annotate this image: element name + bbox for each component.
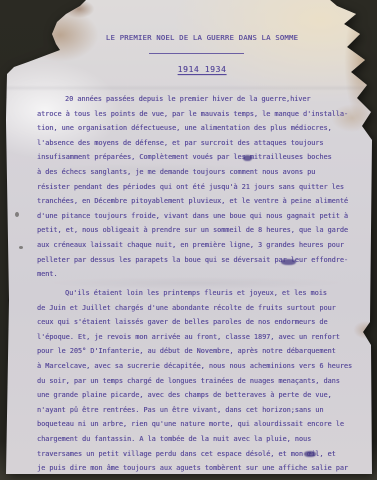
text-line: d'une pitance toujours froide, vivant da… (37, 209, 362, 224)
text-line: pour le 205° D'Infanterie, au début de N… (37, 344, 362, 359)
text-line: l'absence des moyens de défense, et par … (37, 136, 362, 151)
text-line: à Marcelcave, avec sa sucrerie décapitée… (37, 359, 362, 374)
text-line: chargement du fantassin. A la tombée de … (37, 432, 362, 447)
text-line: aux créneaux laissait chaque nuit, en pr… (37, 238, 362, 253)
ink-blot (281, 259, 296, 265)
text-line: résister pendant des périodes qui ont ét… (37, 180, 362, 195)
text-line: tion, une organisation défectueuse, une … (37, 121, 362, 136)
paper-speck (19, 246, 23, 249)
text-line: boqueteau ni un arbre, rien qu'une natur… (37, 417, 362, 432)
text-line: pelleter par dessus les parapets la boue… (37, 253, 362, 268)
text-line: de Juin et Juillet chargés d'une abondan… (37, 301, 362, 316)
text-line: petit, et, nous obligeait à prendre sur … (37, 223, 362, 238)
ink-blot (304, 451, 316, 457)
text-line: atroce à tous les points de vue, par le … (37, 107, 362, 122)
text-line: à des échecs sanglants, je me demande to… (37, 165, 362, 180)
text-line: tranchées, en Décembre pitoyablement plu… (37, 194, 362, 209)
document-title: LE PREMIER NOEL DE LA GUERRE DANS LA SOM… (52, 33, 352, 42)
text-line: insufisamment préparées, Complètement vo… (37, 150, 362, 165)
text-line: ment. (37, 267, 362, 282)
document-page: LE PREMIER NOEL DE LA GUERRE DANS LA SOM… (0, 0, 377, 474)
ink-blot (243, 155, 252, 161)
text-line: 20 années passées depuis le premier hive… (37, 92, 362, 107)
paper-shadow: LE PREMIER NOEL DE LA GUERRE DANS LA SOM… (0, 0, 377, 480)
title-underline (149, 53, 244, 54)
date-range: 1914 1934 (52, 65, 352, 74)
paragraph-1: 20 années passées depuis le premier hive… (37, 92, 362, 282)
paper-speck (15, 212, 19, 217)
text-line: ceux qui s'étaient laissés gaver de bell… (37, 315, 362, 330)
text-line: Qu'ils étaient loin les printemps fleuri… (37, 286, 362, 301)
text-line: une grande plaine picarde, avec des cham… (37, 388, 362, 403)
text-line: je puis dire mon âme toujours aux aguets… (37, 461, 362, 476)
text-line: n'ayant pû être rentrées. Pas un être vi… (37, 403, 362, 418)
paragraph-2: Qu'ils étaient loin les printemps fleuri… (37, 286, 362, 476)
text-line: l'époque. Et, je revois mon arrivée au f… (37, 330, 362, 345)
text-line: du soir, par un temps chargé de longues … (37, 374, 362, 389)
